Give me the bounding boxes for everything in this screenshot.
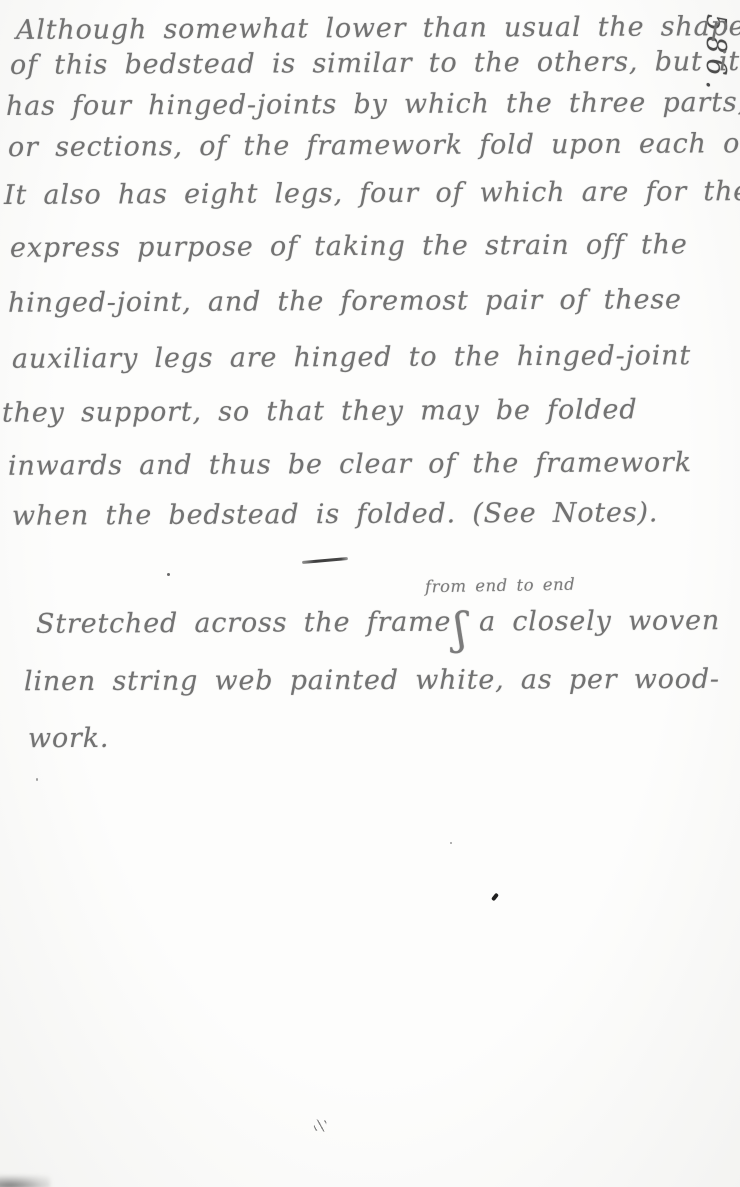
manuscript-line: auxiliary legs are hinged to the hinged-…	[12, 339, 691, 377]
manuscript-line: work.	[28, 722, 109, 756]
section-divider-stroke	[302, 557, 348, 564]
manuscript-line: hinged-joint, and the foremost pair of t…	[8, 283, 682, 321]
manuscript-line: or sections, of the framework fold upon …	[8, 127, 740, 165]
manuscript-page: 586. Although somewhat lower than usual …	[0, 0, 740, 1187]
manuscript-line: when the bedstead is folded. (See Notes)…	[12, 496, 658, 533]
ink-speck	[167, 573, 170, 576]
manuscript-line: Stretched across the frameʃa closely wov…	[36, 604, 720, 642]
page-edge-smudge	[0, 1176, 50, 1187]
manuscript-line: linen string web painted white, as per w…	[24, 663, 720, 699]
stray-mark	[313, 1119, 326, 1131]
interlinear-insertion: from end to end	[425, 575, 576, 597]
line-text-after-caret: a closely woven	[479, 605, 720, 637]
manuscript-line: they support, so that they may be folded	[2, 393, 638, 430]
ink-speck	[491, 893, 499, 902]
manuscript-line: Although somewhat lower than usual the s…	[16, 10, 740, 48]
manuscript-line: It also has eight legs, four of which ar…	[4, 175, 740, 213]
line-text-before-caret: Stretched across the frame	[36, 607, 451, 640]
ink-speck	[36, 778, 38, 781]
manuscript-line: express purpose of taking the strain off…	[10, 228, 688, 266]
ink-speck	[450, 842, 452, 844]
manuscript-line: has four hinged-joints by which the thre…	[6, 86, 740, 124]
manuscript-line: of this bedstead is similar to the other…	[10, 45, 740, 83]
manuscript-line: inwards and thus be clear of the framewo…	[8, 446, 692, 484]
